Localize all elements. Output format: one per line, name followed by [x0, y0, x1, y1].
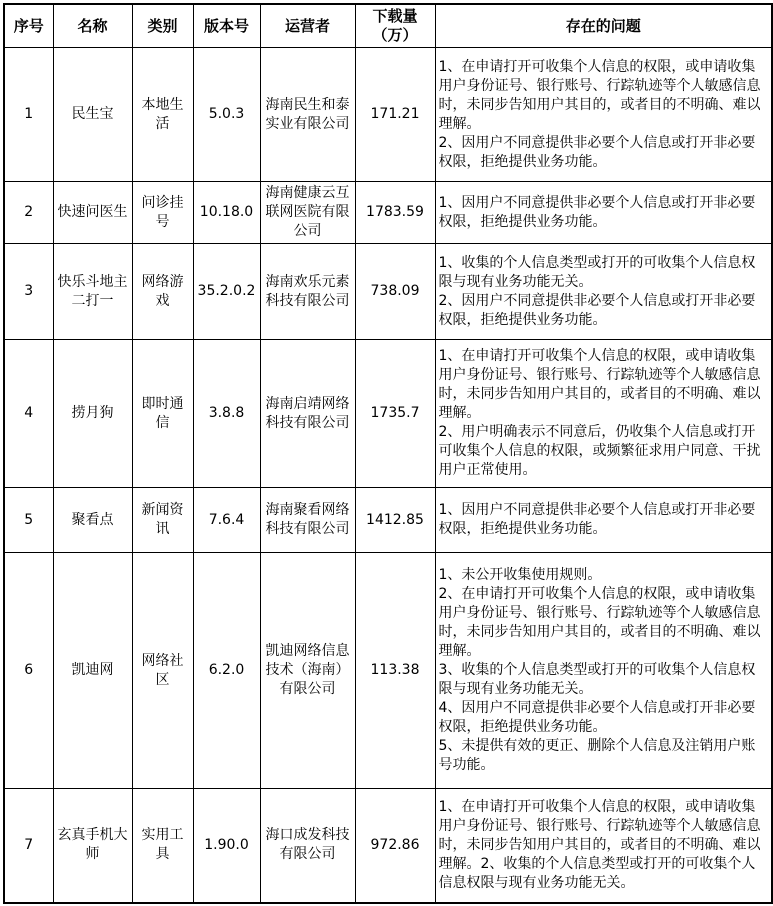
cell-downloads: 171.21	[355, 48, 435, 182]
cell-seq: 6	[4, 553, 53, 789]
cell-downloads: 1783.59	[355, 182, 435, 244]
cell-category: 网络游戏	[132, 244, 193, 340]
cell-seq: 3	[4, 244, 53, 340]
table-row: 7 玄真手机大师 实用工具 1.90.0 海口成发科技有限公司 972.86 1…	[4, 789, 772, 903]
cell-app-name: 捞月狗	[53, 340, 132, 488]
cell-operator: 海南民生和泰实业有限公司	[260, 48, 355, 182]
table-row: 2 快速问医生 问诊挂号 10.18.0 海南健康云互联网医院有限公司 1783…	[4, 182, 772, 244]
cell-operator: 海南启靖网络科技有限公司	[260, 340, 355, 488]
cell-seq: 4	[4, 340, 53, 488]
cell-operator: 海南健康云互联网医院有限公司	[260, 182, 355, 244]
cell-seq: 2	[4, 182, 53, 244]
cell-issues: 1、未公开收集使用规则。 2、在申请打开可收集个人信息的权限，或申请收集用户身份…	[435, 553, 772, 789]
cell-app-name: 民生宝	[53, 48, 132, 182]
document-page: 序号 名称 类别 版本号 运营者 下载量（万） 存在的问题 1 民生宝 本地生活…	[0, 0, 773, 906]
cell-app-name: 凯迪网	[53, 553, 132, 789]
cell-operator: 海南聚看网络科技有限公司	[260, 488, 355, 553]
cell-issues: 1、在申请打开可收集个人信息的权限，或申请收集用户身份证号、银行账号、行踪轨迹等…	[435, 48, 772, 182]
header-operator: 运营者	[260, 4, 355, 48]
table-row: 1 民生宝 本地生活 5.0.3 海南民生和泰实业有限公司 171.21 1、在…	[4, 48, 772, 182]
app-violations-table: 序号 名称 类别 版本号 运营者 下载量（万） 存在的问题 1 民生宝 本地生活…	[3, 3, 773, 904]
cell-version: 7.6.4	[193, 488, 260, 553]
table-row: 6 凯迪网 网络社区 6.2.0 凯迪网络信息技术（海南）有限公司 113.38…	[4, 553, 772, 789]
cell-issues: 1、在申请打开可收集个人信息的权限，或申请收集用户身份证号、银行账号、行踪轨迹等…	[435, 789, 772, 903]
cell-category: 新闻资讯	[132, 488, 193, 553]
cell-issues: 1、收集的个人信息类型或打开的可收集个人信息权限与现有业务功能无关。 2、因用户…	[435, 244, 772, 340]
table-row: 5 聚看点 新闻资讯 7.6.4 海南聚看网络科技有限公司 1412.85 1、…	[4, 488, 772, 553]
cell-version: 1.90.0	[193, 789, 260, 903]
header-issues: 存在的问题	[435, 4, 772, 48]
cell-version: 3.8.8	[193, 340, 260, 488]
table-row: 3 快乐斗地主二打一 网络游戏 35.2.0.2 海南欢乐元素科技有限公司 73…	[4, 244, 772, 340]
cell-category: 问诊挂号	[132, 182, 193, 244]
cell-app-name: 玄真手机大师	[53, 789, 132, 903]
cell-category: 本地生活	[132, 48, 193, 182]
cell-issues: 1、因用户不同意提供非必要个人信息或打开非必要权限，拒绝提供业务功能。	[435, 488, 772, 553]
cell-downloads: 972.86	[355, 789, 435, 903]
table-header-row: 序号 名称 类别 版本号 运营者 下载量（万） 存在的问题	[4, 4, 772, 48]
cell-version: 10.18.0	[193, 182, 260, 244]
cell-operator: 凯迪网络信息技术（海南）有限公司	[260, 553, 355, 789]
cell-version: 6.2.0	[193, 553, 260, 789]
cell-category: 即时通信	[132, 340, 193, 488]
cell-app-name: 聚看点	[53, 488, 132, 553]
table-row: 4 捞月狗 即时通信 3.8.8 海南启靖网络科技有限公司 1735.7 1、在…	[4, 340, 772, 488]
cell-version: 35.2.0.2	[193, 244, 260, 340]
cell-seq: 5	[4, 488, 53, 553]
header-downloads: 下载量（万）	[355, 4, 435, 48]
cell-issues: 1、在申请打开可收集个人信息的权限，或申请收集用户身份证号、银行账号、行踪轨迹等…	[435, 340, 772, 488]
cell-seq: 1	[4, 48, 53, 182]
cell-app-name: 快乐斗地主二打一	[53, 244, 132, 340]
cell-operator: 海南欢乐元素科技有限公司	[260, 244, 355, 340]
header-seq: 序号	[4, 4, 53, 48]
cell-version: 5.0.3	[193, 48, 260, 182]
header-app-name: 名称	[53, 4, 132, 48]
cell-category: 网络社区	[132, 553, 193, 789]
cell-downloads: 1412.85	[355, 488, 435, 553]
cell-category: 实用工具	[132, 789, 193, 903]
cell-issues: 1、因用户不同意提供非必要个人信息或打开非必要权限，拒绝提供业务功能。	[435, 182, 772, 244]
header-version: 版本号	[193, 4, 260, 48]
cell-operator: 海口成发科技有限公司	[260, 789, 355, 903]
header-category: 类别	[132, 4, 193, 48]
cell-app-name: 快速问医生	[53, 182, 132, 244]
cell-downloads: 113.38	[355, 553, 435, 789]
cell-seq: 7	[4, 789, 53, 903]
cell-downloads: 738.09	[355, 244, 435, 340]
cell-downloads: 1735.7	[355, 340, 435, 488]
